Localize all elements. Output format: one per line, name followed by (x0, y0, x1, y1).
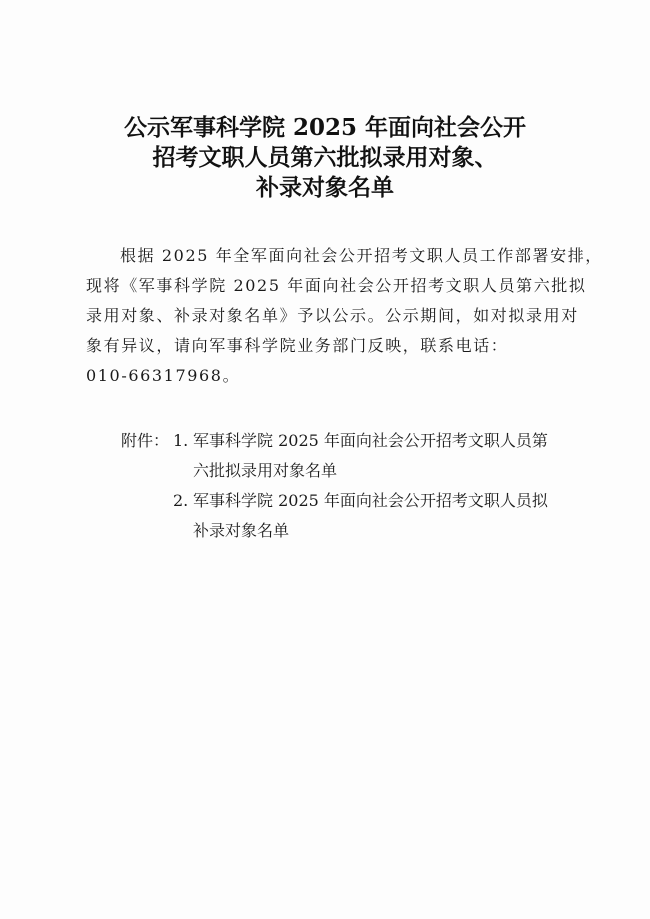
attachment-title-line-1: 军事科学院 2025 年面向社会公开招考文职人员第 (193, 426, 548, 456)
attachment-2: 2. 军事科学院 2025 年面向社会公开招考文职人员拟 (121, 486, 548, 516)
attachment-1: 附件： 1. 军事科学院 2025 年面向社会公开招考文职人员第 (121, 426, 548, 456)
attachment-title-line-2: 六批拟录用对象名单 (193, 456, 337, 486)
body-line-1: 根据 2025 年全军面向社会公开招考文职人员工作部署安排， (86, 241, 586, 271)
body-line-4: 象有异议，请向军事科学院业务部门反映，联系电话： (86, 331, 586, 361)
attachment-2-continued: 补录对象名单 (121, 516, 548, 546)
attachment-number: 2. (173, 486, 193, 516)
document-title: 公示军事科学院 2025 年面向社会公开 招考文职人员第六批拟录用对象、 补录对… (0, 113, 650, 203)
body-line-2: 现将《军事科学院 2025 年面向社会公开招考文职人员第六批拟 (86, 271, 586, 301)
attachments-label: 附件： (121, 426, 173, 456)
announcement-body: 根据 2025 年全军面向社会公开招考文职人员工作部署安排， 现将《军事科学院 … (86, 241, 586, 391)
attachment-title-line-1: 军事科学院 2025 年面向社会公开招考文职人员拟 (193, 486, 548, 516)
attachments-label-spacer (121, 486, 173, 516)
announcement-paragraph: 根据 2025 年全军面向社会公开招考文职人员工作部署安排， 现将《军事科学院 … (86, 241, 586, 391)
attachment-1-continued: 六批拟录用对象名单 (121, 456, 548, 486)
body-line-5: 010-66317968。 (86, 361, 586, 391)
attachment-title-line-2: 补录对象名单 (193, 516, 289, 546)
attachments-section: 附件： 1. 军事科学院 2025 年面向社会公开招考文职人员第 六批拟录用对象… (121, 426, 548, 546)
title-line-1: 公示军事科学院 2025 年面向社会公开 (0, 113, 650, 143)
title-line-3: 补录对象名单 (0, 173, 650, 203)
body-line-3: 录用对象、补录对象名单》予以公示。公示期间，如对拟录用对 (86, 301, 586, 331)
attachment-number: 1. (173, 426, 193, 456)
title-line-2: 招考文职人员第六批拟录用对象、 (0, 143, 650, 173)
